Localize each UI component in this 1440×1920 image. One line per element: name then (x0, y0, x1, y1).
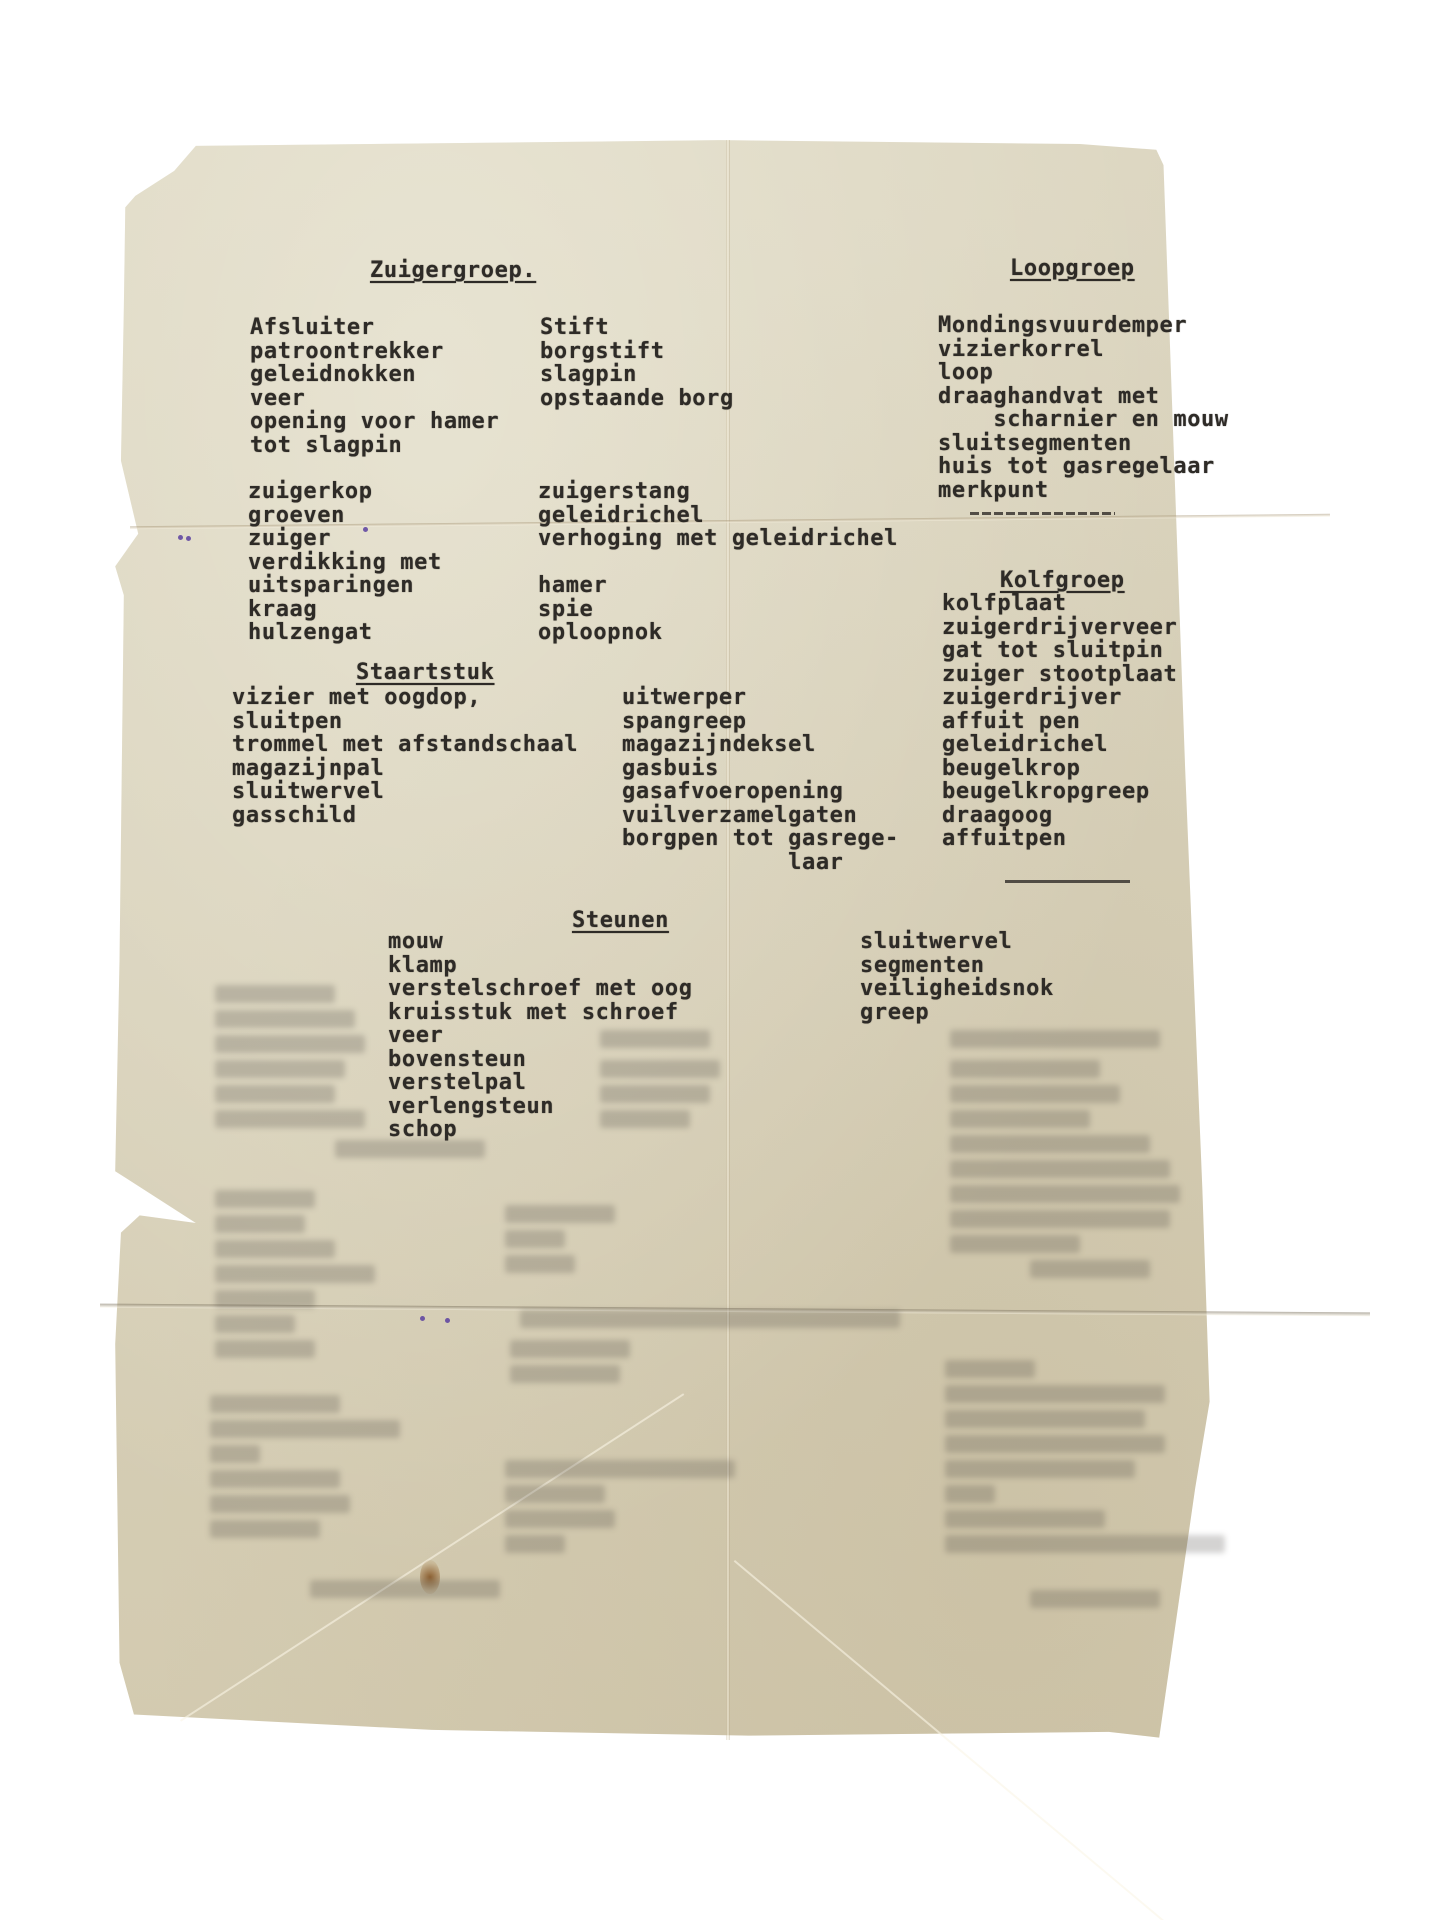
list-item: sluitwervel (232, 780, 578, 804)
paper-surface (0, 0, 1440, 1920)
list-item: sluitsegmenten (938, 432, 1229, 456)
list-item: oploopnok (538, 621, 898, 645)
loopgroep-end-rule (970, 512, 1115, 515)
ink-mark (186, 536, 191, 541)
list-item: zuigerkop (248, 480, 442, 504)
list-item: gasschild (232, 804, 578, 828)
list-item: sluitpen (232, 710, 578, 734)
list-item: zuigerstang (538, 480, 898, 504)
list-item: Afsluiter (250, 316, 499, 340)
section-title-kolfgroep: Kolfgroep (1000, 568, 1125, 593)
list-item: spangreep (622, 710, 899, 734)
zuigergroep-list-2a: Stiftborgstiftslagpinopstaande borg (540, 316, 734, 410)
staartstuk-list-2: uitwerperspangreepmagazijndekselgasbuisg… (622, 686, 899, 874)
list-item: klamp (388, 954, 693, 978)
list-item: kolfplaat (942, 592, 1177, 616)
list-item: patroontrekker (250, 340, 499, 364)
list-item: kruisstuk met schroef (388, 1001, 693, 1025)
kolfgroep-end-rule (1005, 880, 1130, 883)
list-item: schop (388, 1118, 693, 1142)
list-item: verdikking met (248, 551, 442, 575)
zuigergroep-list-1a: Afsluiterpatroontrekkergeleidnokkenveero… (250, 316, 499, 457)
steunen-list-1: mouwklampverstelschroef met oogkruisstuk… (388, 930, 693, 1142)
list-item: draaghandvat met (938, 385, 1229, 409)
ink-mark (445, 1318, 450, 1323)
list-item: sluitwervel (860, 930, 1054, 954)
list-item: Stift (540, 316, 734, 340)
list-item: vizier met oogdop, (232, 686, 578, 710)
list-item: opstaande borg (540, 387, 734, 411)
section-title-staartstuk: Staartstuk (356, 660, 494, 685)
zuigergroep-list-1b: zuigerkopgroevenzuigerverdikking metuits… (248, 480, 442, 645)
ink-mark (178, 535, 183, 540)
list-item: trommel met afstandschaal (232, 733, 578, 757)
ink-mark (420, 1316, 425, 1321)
list-item: affuitpen (942, 827, 1177, 851)
staartstuk-list-1: vizier met oogdop,sluitpentrommel met af… (232, 686, 578, 827)
list-item: veer (388, 1024, 693, 1048)
list-item: borgstift (540, 340, 734, 364)
list-item: merkpunt (938, 479, 1229, 503)
list-item: laar (622, 851, 899, 875)
section-title-zuigergroep: Zuigergroep. (370, 258, 536, 283)
list-item: greep (860, 1001, 1054, 1025)
list-item: uitwerper (622, 686, 899, 710)
list-item: hamer (538, 574, 898, 598)
list-item: slagpin (540, 363, 734, 387)
list-item: beugelkrop (942, 757, 1177, 781)
list-item: bovensteun (388, 1048, 693, 1072)
list-item: geleidrichel (538, 504, 898, 528)
list-item: Mondingsvuurdemper (938, 314, 1229, 338)
list-item: hulzengat (248, 621, 442, 645)
list-item: zuiger (248, 527, 442, 551)
list-item: verstelpal (388, 1071, 693, 1095)
list-item: scharnier en mouw (938, 408, 1229, 432)
list-item: spie (538, 598, 898, 622)
list-item: borgpen tot gasrege- (622, 827, 899, 851)
zuigergroep-list-2b: zuigerstanggeleidrichelverhoging met gel… (538, 480, 898, 645)
list-item: magazijnpal (232, 757, 578, 781)
list-item: gat tot sluitpin (942, 639, 1177, 663)
list-item: segmenten (860, 954, 1054, 978)
list-item: kraag (248, 598, 442, 622)
list-item: groeven (248, 504, 442, 528)
list-item: veiligheidsnok (860, 977, 1054, 1001)
list-item: zuiger stootplaat (942, 663, 1177, 687)
list-item: gasafvoeropening (622, 780, 899, 804)
list-item: verhoging met geleidrichel (538, 527, 898, 551)
list-item: veer (250, 387, 499, 411)
list-item: opening voor hamer (250, 410, 499, 434)
list-item: gasbuis (622, 757, 899, 781)
steunen-list-2: sluitwervelsegmentenveiligheidsnokgreep (860, 930, 1054, 1024)
list-item (538, 551, 898, 575)
list-item: vizierkorrel (938, 338, 1229, 362)
list-item: affuit pen (942, 710, 1177, 734)
list-item: huis tot gasregelaar (938, 455, 1229, 479)
list-item: geleidnokken (250, 363, 499, 387)
list-item: verstelschroef met oog (388, 977, 693, 1001)
list-item: zuigerdrijverveer (942, 616, 1177, 640)
list-item: zuigerdrijver (942, 686, 1177, 710)
list-item: draagoog (942, 804, 1177, 828)
paper-sheet: Zuigergroep. Afsluiterpatroontrekkergele… (0, 0, 1440, 1920)
list-item: beugelkropgreep (942, 780, 1177, 804)
list-item: loop (938, 361, 1229, 385)
section-title-loopgroep: Loopgroep (1010, 256, 1135, 281)
list-item: uitsparingen (248, 574, 442, 598)
kolfgroep-list: kolfplaatzuigerdrijverveergat tot sluitp… (942, 592, 1177, 851)
list-item: mouw (388, 930, 693, 954)
list-item: tot slagpin (250, 434, 499, 458)
list-item: vuilverzamelgaten (622, 804, 899, 828)
list-item: geleidrichel (942, 733, 1177, 757)
list-item: magazijndeksel (622, 733, 899, 757)
list-item: verlengsteun (388, 1095, 693, 1119)
loopgroep-list: Mondingsvuurdempervizierkorrelloopdraagh… (938, 314, 1229, 502)
